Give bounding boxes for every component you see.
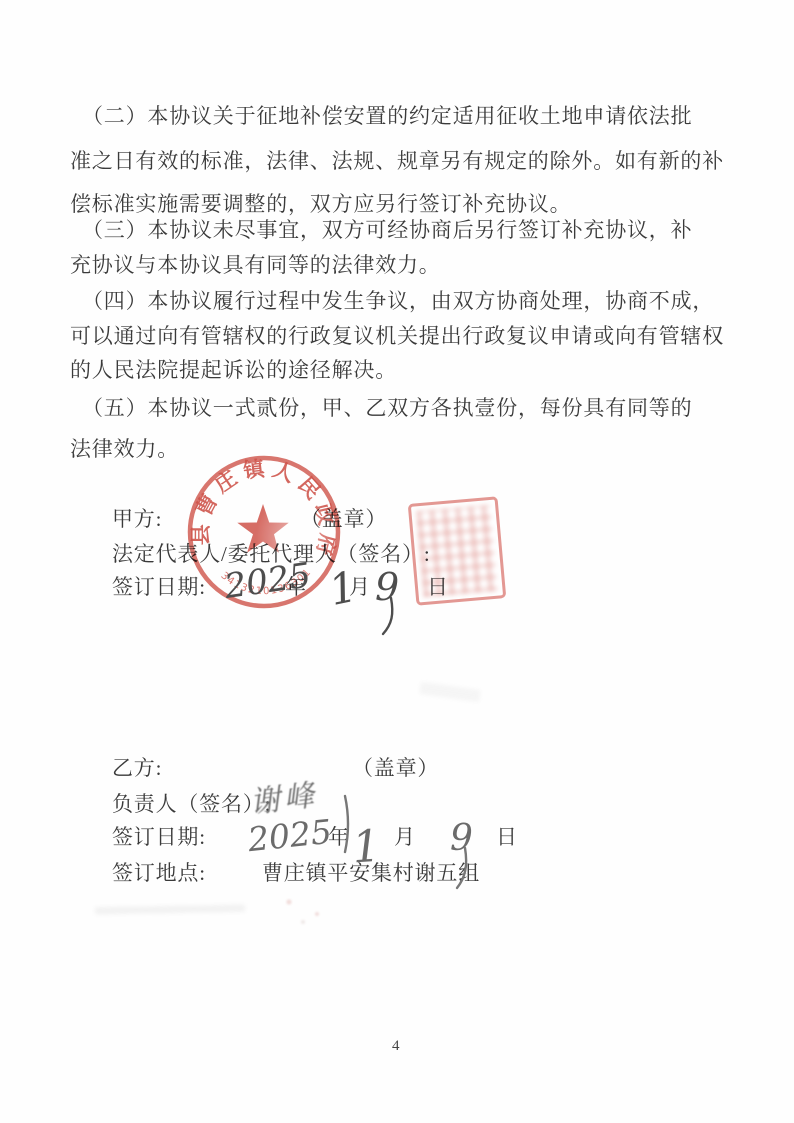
party-b-month-handwritten: 1 — [351, 821, 382, 874]
paragraph-4-line-2: 可以通过向有管辖权的行政复议机关提出行政复议申请或向有管辖权 — [70, 320, 724, 350]
paragraph-5-line-2: 法律效力。 — [70, 433, 179, 463]
party-b-handwriting: 谢峰 2025 1 9 — [190, 758, 530, 898]
paragraph-3-line-1: （三）本协议未尽事宜，双方可经协商后另行签订补充协议，补 — [70, 214, 692, 244]
paragraph-2-line-2: 准之日有效的标准，法律、法规、规章另有规定的除外。如有新的补 — [70, 145, 724, 175]
scan-smudge — [419, 682, 480, 702]
paragraph-3-line-2: 充协议与本协议具有同等的法律效力。 — [70, 249, 441, 279]
paragraph-4-line-1: （四）本协议履行过程中发生争议，由双方协商处理，协商不成， — [70, 285, 714, 315]
party-a-title: 甲方: — [112, 503, 162, 533]
party-b-day-handwritten: 9 — [450, 818, 473, 859]
party-a-month-handwritten: 1 — [325, 562, 361, 615]
party-a-year-handwritten: 2025 — [221, 555, 313, 607]
party-a-day-handwritten: 9 — [375, 565, 399, 609]
scan-smudge — [95, 905, 245, 915]
scanned-agreement-page: （二）本协议关于征地补偿安置的约定适用征收土地申请依法批 准之日有效的标准，法律… — [0, 0, 794, 1123]
party-b-title: 乙方: — [112, 752, 162, 782]
paragraph-4-line-3: 的人民法院提起诉讼的途径解决。 — [70, 354, 397, 384]
signature-descender-stroke — [345, 796, 348, 852]
party-a-handwritten-date: 2025 1 9 — [215, 546, 465, 666]
paragraph-5-line-1: （五）本协议一式贰份，甲、乙双方各执壹份，每份具有同等的 — [70, 392, 692, 422]
page-number: 4 — [392, 1038, 400, 1055]
paragraph-2-line-1: （二）本协议关于征地补偿安置的约定适用征收土地申请依法批 — [70, 100, 692, 130]
party-b-year-handwritten: 2025 — [245, 812, 334, 860]
